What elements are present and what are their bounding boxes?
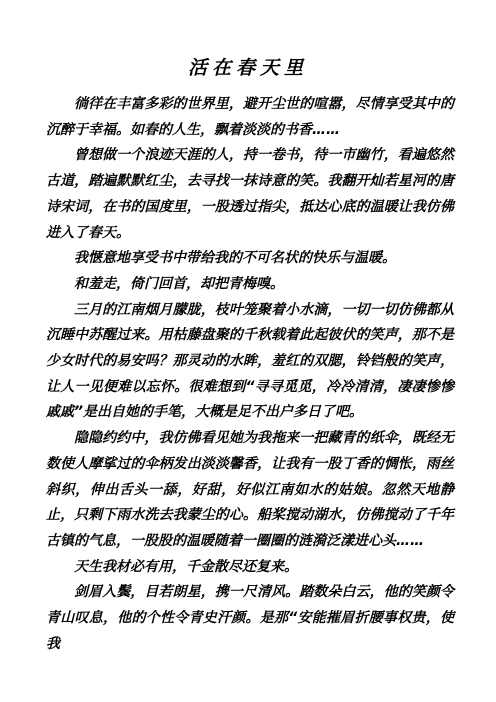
paragraph: 隐隐约约中，我仿佛看见她为我拖来一把藏青的纸伞，既经无数使人摩挲过的伞柄发出淡淡…: [46, 426, 454, 555]
document-page: 活在春天里 徜徉在丰富多彩的世界里，避开尘世的喧嚣，尽情享受其中的沉醉于幸福。如…: [0, 0, 496, 702]
document-body: 徜徉在丰富多彩的世界里，避开尘世的喧嚣，尽情享受其中的沉醉于幸福。如春的人生，飘…: [46, 92, 454, 657]
paragraph: 和羞走，倚门回首，却把青梅嗅。: [46, 272, 454, 298]
paragraph: 三月的江南烟月朦胧，枝叶笼聚着小水滴，一切一切仿佛都从沉睡中苏醒过来。用枯藤盘聚…: [46, 298, 454, 427]
paragraph: 天生我材必有用，千金散尽还复来。: [46, 555, 454, 581]
paragraph: 我惬意地享受书中带给我的不可名状的快乐与温暖。: [46, 246, 454, 272]
paragraph: 曾想做一个浪迹天涯的人，持一卷书，待一市幽竹，看遍悠然古道，踏遍默默红尘，去寻找…: [46, 143, 454, 246]
page-title: 活在春天里: [0, 0, 496, 80]
paragraph: 剑眉入鬓，目若朗星，携一尺清风。踏数朵白云，他的笑颜令青山叹息，他的个性令青史汗…: [46, 580, 454, 657]
paragraph: 徜徉在丰富多彩的世界里，避开尘世的喧嚣，尽情享受其中的沉醉于幸福。如春的人生，飘…: [46, 92, 454, 143]
